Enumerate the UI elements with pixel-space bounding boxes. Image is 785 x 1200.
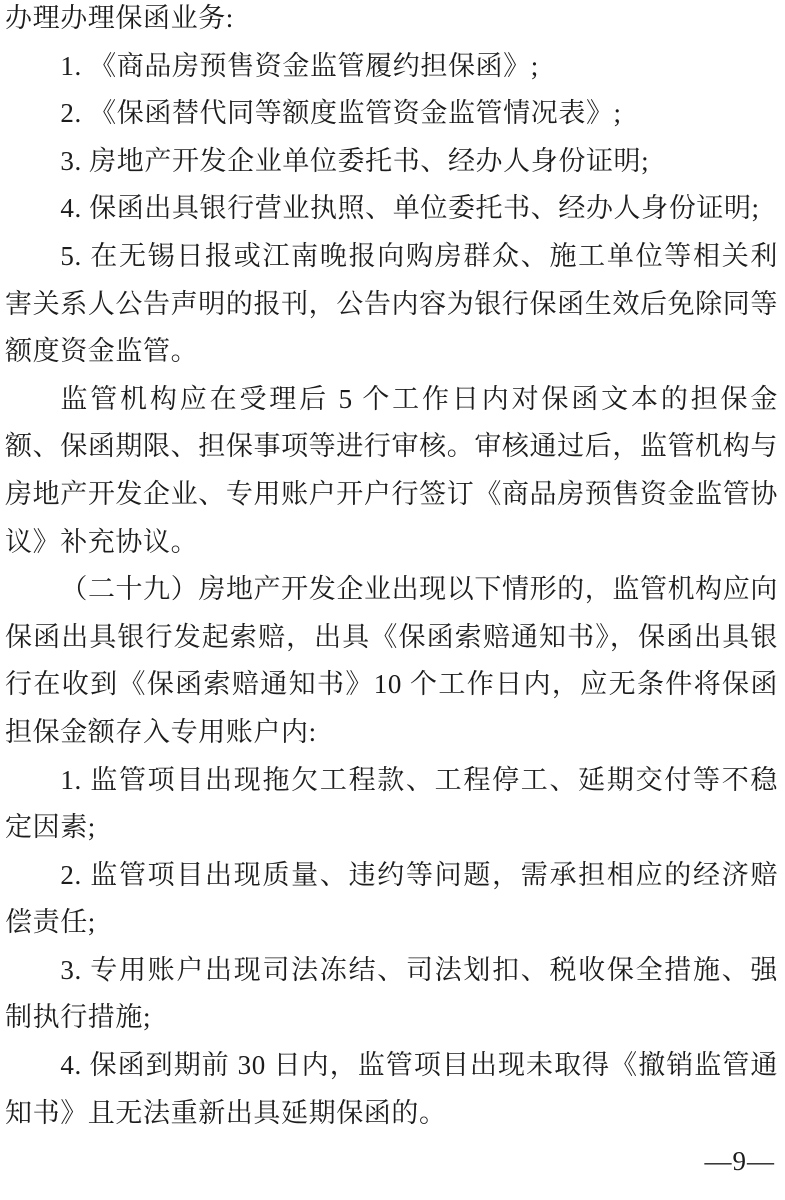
claim-item-4: 4. 保函到期前 30 日内，监管项目出现未取得《撤销监管通知书》且无法重新出具… <box>5 1042 778 1137</box>
list-item-1: 1. 《商品房预售资金监管履约担保函》; <box>5 43 778 91</box>
page-number: —9— <box>705 1146 776 1177</box>
claim-item-3: 3. 专用账户出现司法冻结、司法划扣、税收保全措施、强制执行措施; <box>5 947 778 1042</box>
claim-item-1: 1. 监管项目出现拖欠工程款、工程停工、延期交付等不稳定因素; <box>5 757 778 852</box>
list-item-3: 3. 房地产开发企业单位委托书、经办人身份证明; <box>5 138 778 186</box>
list-item-4: 4. 保函出具银行营业执照、单位委托书、经办人身份证明; <box>5 185 778 233</box>
paragraph-continuation: 办理办理保函业务: <box>5 0 778 43</box>
list-item-2: 2. 《保函替代同等额度监管资金监管情况表》; <box>5 90 778 138</box>
list-item-5: 5. 在无锡日报或江南晚报向购房群众、施工单位等相关利害关系人公告声明的报刊，公… <box>5 233 778 376</box>
paragraph-article-29: （二十九）房地产开发企业出现以下情形的，监管机构应向保函出具银行发起索赔，出具《… <box>5 566 778 756</box>
claim-item-2: 2. 监管项目出现质量、违约等问题，需承担相应的经济赔偿责任; <box>5 852 778 947</box>
paragraph-review: 监管机构应在受理后 5 个工作日内对保函文本的担保金额、保函期限、担保事项等进行… <box>5 376 778 566</box>
document-page: 办理办理保函业务: 1. 《商品房预售资金监管履约担保函》; 2. 《保函替代同… <box>0 0 785 1200</box>
document-body: 办理办理保函业务: 1. 《商品房预售资金监管履约担保函》; 2. 《保函替代同… <box>5 0 778 1137</box>
